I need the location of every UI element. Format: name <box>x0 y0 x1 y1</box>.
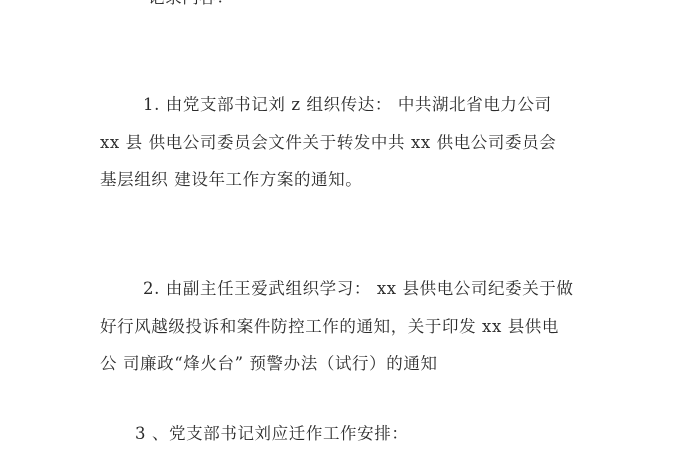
item-3-line-1: 3 、党支部书记刘应迁作工作安排： <box>135 424 408 444</box>
item-1-line-2: xx 县 供电公司委员会文件关于转发中共 xx 供电公司委员会 <box>100 133 556 153</box>
item-1-line-1: 1. 由党支部书记刘 z 组织传达： 中共湖北省电力公司 <box>143 95 552 115</box>
item-2-line-3: 公 司廉政“烽火台” 预警办法（试行）的通知 <box>100 354 438 374</box>
item-2-line-1: 2. 由副主任王爱武组织学习： xx 县供电公司纪委关于做 <box>143 279 574 299</box>
item-1-line-3: 基层组织 建设年工作方案的通知。 <box>100 170 362 190</box>
item-2-line-2: 好行风越级投诉和案件防控工作的通知，关于印发 xx 县供电 <box>100 317 559 337</box>
document-page: 记录内容： 1. 由党支部书记刘 z 组织传达： 中共湖北省电力公司 xx 县 … <box>0 0 700 470</box>
section-heading-cut: 记录内容： <box>148 0 234 8</box>
